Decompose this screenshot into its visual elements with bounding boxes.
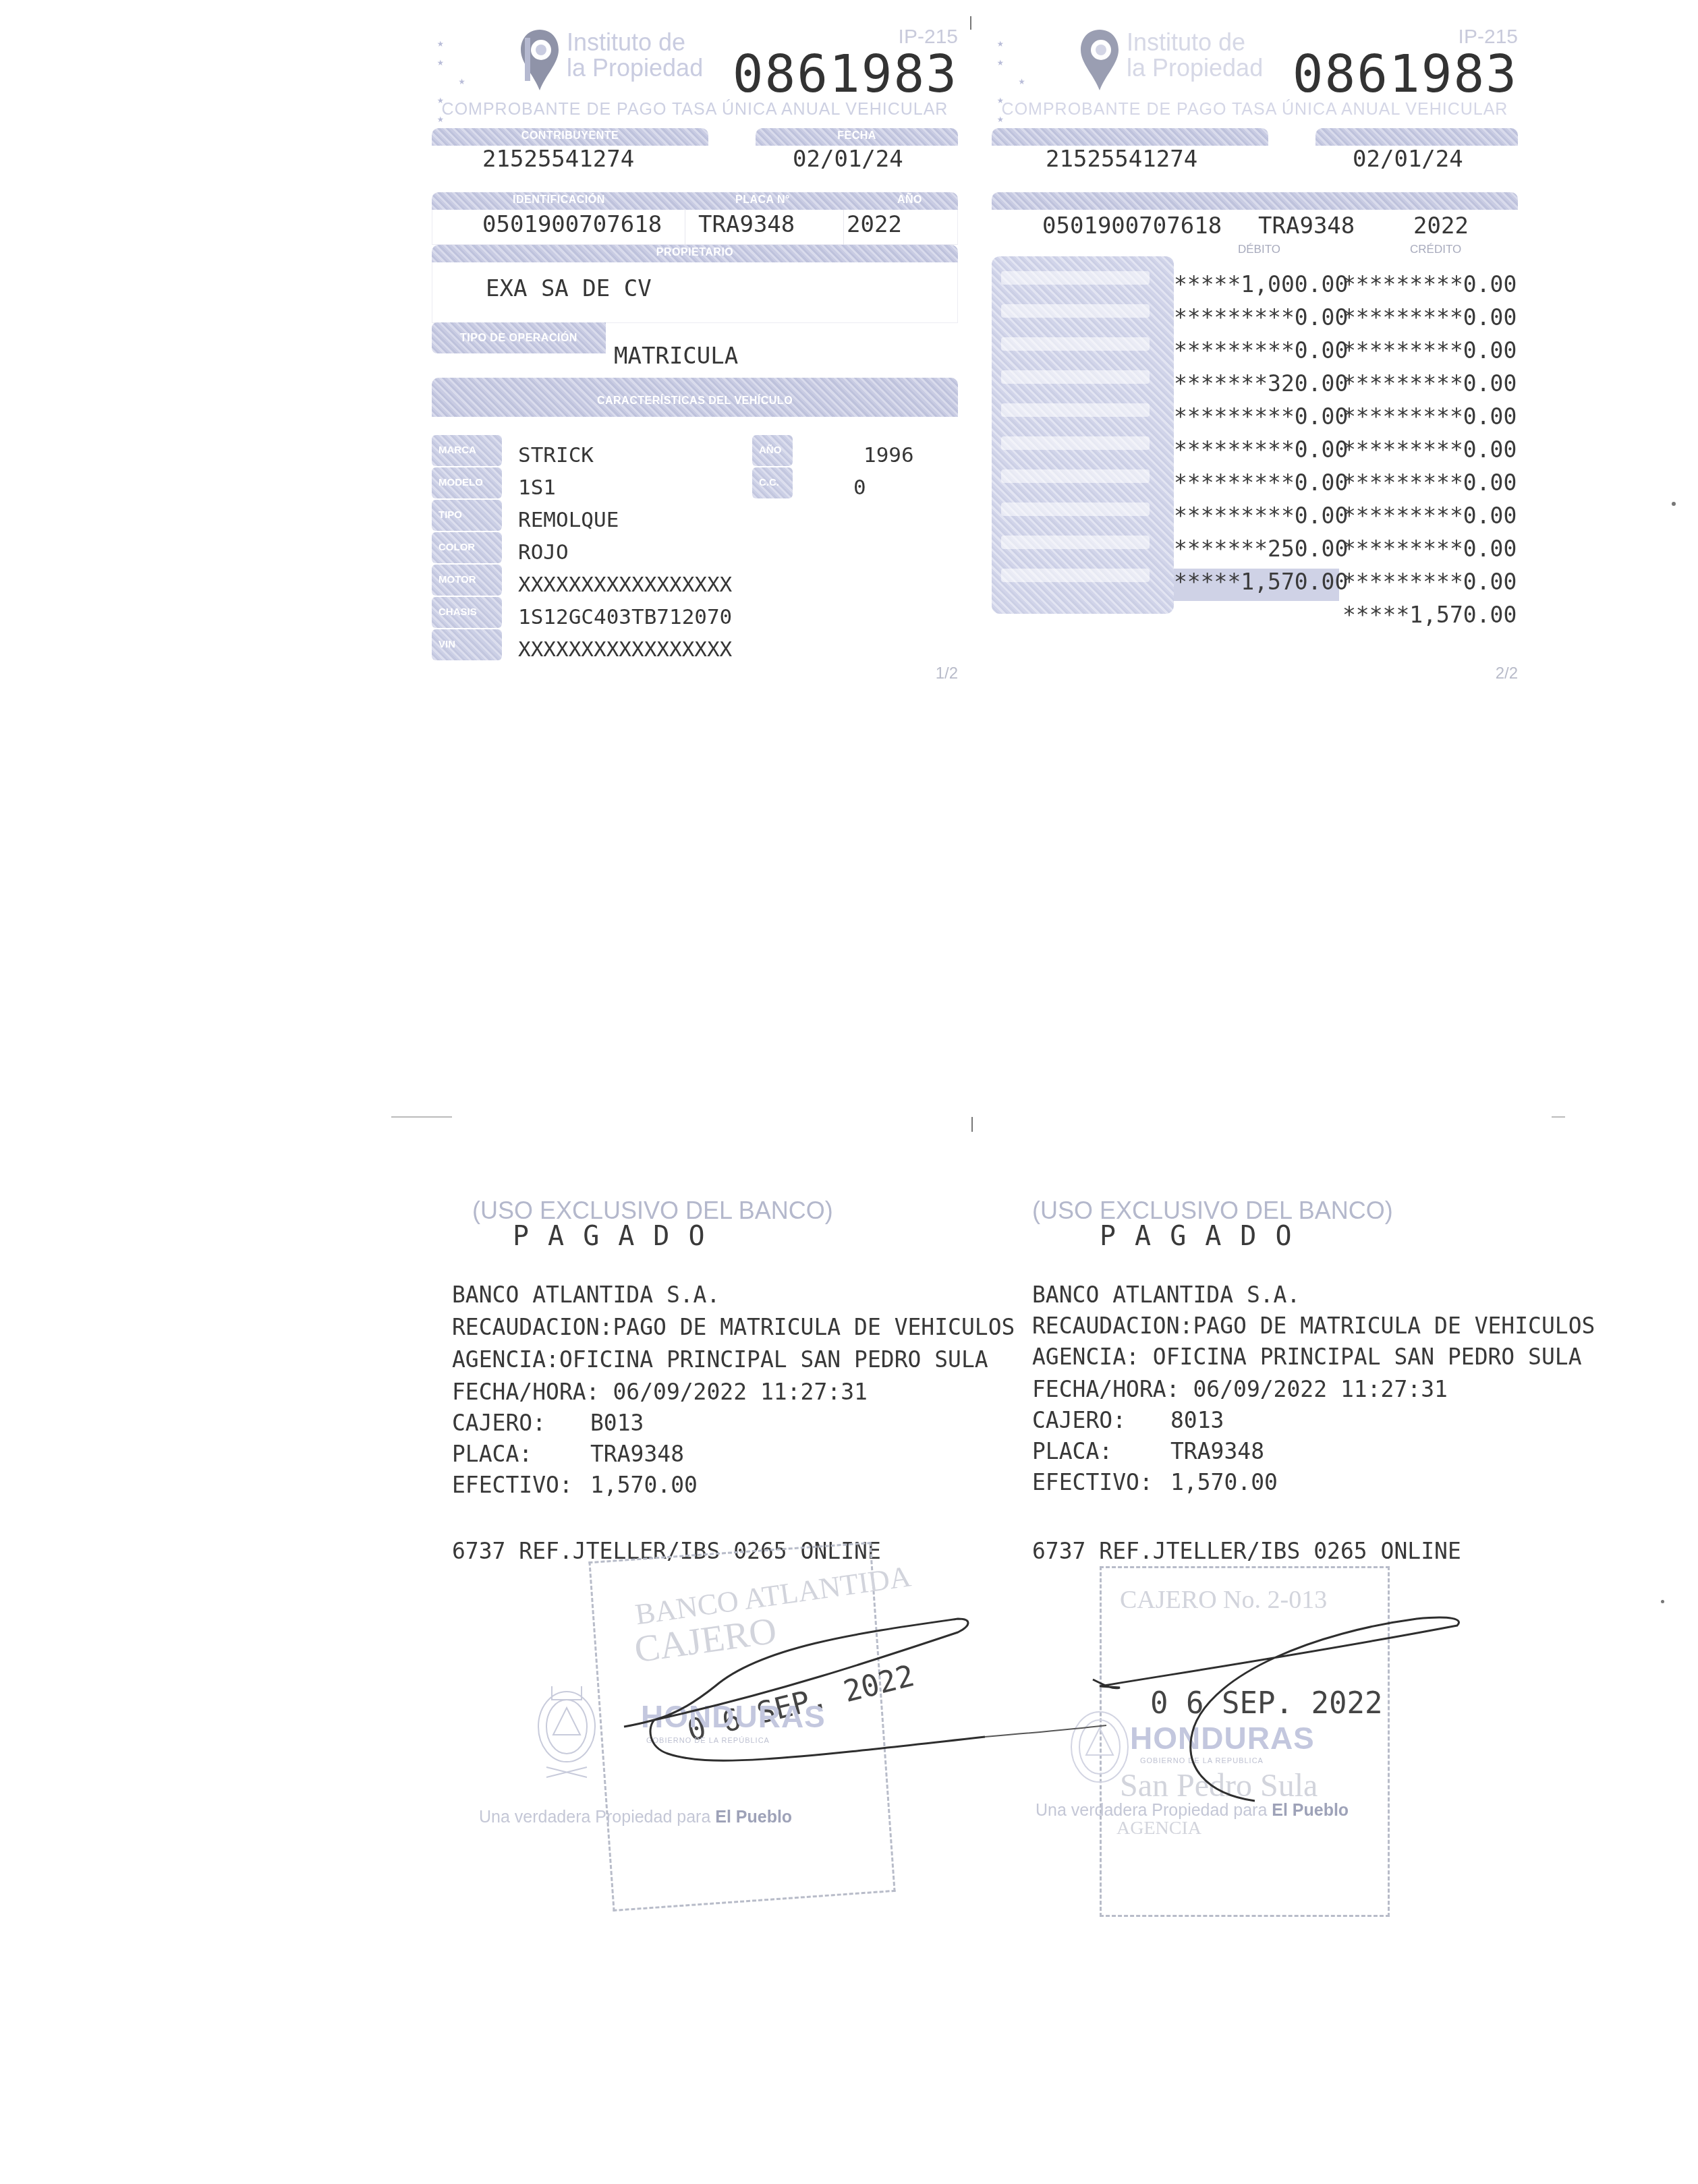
- bank-name: BANCO ATLANTIDA S.A.: [1032, 1282, 1300, 1308]
- document-title: COMPROBANTE DE PAGO TASA ÚNICA ANUAL VEH…: [432, 100, 958, 119]
- fecha-value: 02/01/24: [1353, 146, 1463, 173]
- ledger-row: *********0.00*********0.00: [1174, 304, 1518, 337]
- debit-amount: *********0.00: [1174, 469, 1336, 496]
- honduras-coat-of-arms-icon: [526, 1659, 607, 1781]
- reference: 6737 REF.JTELLER/IBS 0265 ONLINE: [1032, 1538, 1461, 1564]
- fecha-hora: FECHA/HORA: 06/09/2022 11:27:31: [452, 1379, 868, 1405]
- debit-amount: *********0.00: [1174, 304, 1336, 331]
- credit-amount: *********0.00: [1342, 502, 1511, 529]
- vehicle-field-label: CHASIS: [432, 597, 502, 628]
- vehicle-chasis-value: 1S12GC403TB712070: [518, 605, 732, 629]
- fecha-band: [1315, 128, 1518, 146]
- credit-column-header: CRÉDITO: [1410, 243, 1461, 256]
- ledger-row: *********0.00*********0.00: [1174, 469, 1518, 502]
- tipo-operacion-value: MATRICULA: [614, 343, 738, 370]
- placa-row: PLACA:TRA9348: [452, 1441, 684, 1467]
- stamp-city: San Pedro Sula: [1120, 1767, 1318, 1804]
- credit-amount: *********0.00: [1342, 469, 1511, 496]
- total-amount: *****1,570.00: [1342, 602, 1511, 628]
- credit-amount: *********0.00: [1342, 337, 1511, 364]
- vehicle-vin-value: XXXXXXXXXXXXXXXXX: [518, 637, 732, 662]
- vehicle-band: CARACTERÍSTICAS DEL VEHÍCULO: [432, 378, 958, 417]
- anio-value: 2022: [847, 211, 902, 238]
- efectivo-row: EFECTIVO:1,570.00: [452, 1472, 698, 1498]
- placa-value: TRA9348: [1170, 1438, 1264, 1464]
- contribuyente-value: 21525541274: [1046, 146, 1197, 173]
- institution-name: Instituto de la Propiedad: [1127, 30, 1263, 81]
- serial-number: 0861983: [1293, 47, 1518, 101]
- fold-mark: [970, 16, 971, 30]
- debit-amount: *********0.00: [1174, 403, 1336, 430]
- cajero-row: CAJERO:B013: [452, 1410, 644, 1436]
- owner-band: PROPIETARIO: [432, 245, 958, 262]
- ledger-concept-label: [1001, 502, 1150, 516]
- fecha-value: 02/01/24: [793, 146, 903, 173]
- ledger-row: *******250.00*********0.00: [1174, 536, 1518, 568]
- fecha-hora: FECHA/HORA: 06/09/2022 11:27:31: [1032, 1376, 1448, 1402]
- slogan-watermark: Una verdadera Propiedad para El Pueblo: [479, 1808, 792, 1827]
- recaudacion: RECAUDACION:PAGO DE MATRICULA DE VEHICUL…: [452, 1314, 1015, 1340]
- stamp-date: 0 6 SEP. 2022: [1150, 1686, 1382, 1721]
- serial-number: 0861983: [733, 47, 958, 101]
- ledger-row: *********0.00*********0.00: [1174, 436, 1518, 469]
- ledger-concept-label: [1001, 304, 1150, 318]
- identificacion-value: 0501900707618: [1042, 212, 1222, 239]
- identification-band: IDENTIFICACIÓN PLACA N° AÑO: [432, 192, 958, 210]
- credit-amount: *********0.00: [1342, 304, 1511, 331]
- vehicle-field-label: TIPO: [432, 500, 502, 531]
- stamp-text: AGENCIA: [1116, 1818, 1201, 1839]
- honduras-coat-of-arms-icon: [1059, 1679, 1140, 1801]
- vehicle-field-label: MARCA: [432, 435, 502, 466]
- vehicle-modelo-value: 1S1: [518, 476, 556, 500]
- debit-amount: *******320.00: [1174, 370, 1336, 397]
- credit-amount: *********0.00: [1342, 569, 1511, 595]
- vehicle-field-label: AÑO: [752, 435, 793, 466]
- slogan-watermark: Una verdadera Propiedad para El Pueblo: [1036, 1801, 1349, 1820]
- institute-logo-icon: [519, 28, 560, 92]
- vehicle-tipo-value: REMOLQUE: [518, 508, 619, 532]
- agencia: AGENCIA: OFICINA PRINCIPAL SAN PEDRO SUL…: [1032, 1344, 1582, 1370]
- propietario-value: EXA SA DE CV: [486, 275, 652, 302]
- ledger-concept-label: [1001, 536, 1150, 549]
- gov-watermark: GOBIERNO DE LA REPÚBLICA: [646, 1737, 770, 1745]
- stamp-text: CAJERO No. 2-013: [1120, 1585, 1327, 1615]
- credit-amount: *********0.00: [1342, 536, 1511, 562]
- cajero-row: CAJERO:8013: [1032, 1407, 1224, 1433]
- honduras-watermark: HONDURAS: [641, 1698, 826, 1735]
- ledger-concept-label: [1001, 436, 1150, 450]
- tax-receipt-page-2: ★ ★ ★★ ★ Instituto de la Propiedad IP-21…: [992, 20, 1518, 681]
- ledger-row: *********0.00*********0.00: [1174, 403, 1518, 436]
- debit-amount: *****1,000.00: [1174, 271, 1336, 297]
- anio-value: 2022: [1413, 212, 1469, 239]
- bank-payment-stamp-2: (USO EXCLUSIVO DEL BANCO) PAGADO BANCO A…: [998, 1187, 1565, 1929]
- placa-row: PLACA:TRA9348: [1032, 1438, 1264, 1464]
- recaudacion: RECAUDACION:PAGO DE MATRICULA DE VEHICUL…: [1032, 1313, 1595, 1339]
- vehicle-field-label: MODELO: [432, 467, 502, 498]
- vehicle-motor-value: XXXXXXXXXXXXXXXXX: [518, 573, 732, 597]
- honduras-watermark: HONDURAS: [1130, 1720, 1315, 1756]
- vehicle-field-label: VIN: [432, 629, 502, 660]
- paid-status: PAGADO: [513, 1221, 724, 1252]
- ledger-concept-label: [1001, 569, 1150, 582]
- identificacion-value: 0501900707618: [482, 211, 662, 238]
- credit-amount: *********0.00: [1342, 403, 1511, 430]
- operation-type-band: TIPO DE OPERACIÓN: [432, 322, 606, 353]
- gov-watermark: GOBIERNO DE LA REPUBLICA: [1140, 1757, 1264, 1765]
- ledger-concept-label: [1001, 337, 1150, 351]
- fold-mark: [1552, 1116, 1565, 1118]
- stars-icon: ★ ★ ★★ ★: [997, 34, 1058, 88]
- debit-amount: *****1,570.00: [1174, 569, 1336, 595]
- divider: [685, 210, 685, 245]
- vehicle-right-value: 1996: [864, 443, 914, 467]
- fecha-band: FECHA: [756, 128, 958, 146]
- ledger-concept-label: [1001, 370, 1150, 384]
- vehicle-field-label: MOTOR: [432, 565, 502, 596]
- identification-band: [992, 192, 1518, 210]
- contribuyente-band: [992, 128, 1268, 146]
- placa-value: TRA9348: [590, 1441, 684, 1467]
- institute-logo-icon: [1079, 28, 1120, 92]
- vehicle-right-value: 0: [853, 476, 866, 500]
- ledger-concept-label: [1001, 271, 1150, 285]
- ledger-total: *****1,570.00: [1174, 602, 1518, 634]
- vehicle-field-label: COLOR: [432, 532, 502, 563]
- ledger-row: *********0.00*********0.00: [1174, 337, 1518, 370]
- tax-receipt-page-1: ★ ★ ★★ ★ Instituto de la Propiedad IP-21…: [432, 20, 958, 681]
- debit-column-header: DÉBITO: [1238, 243, 1280, 256]
- ledger-concept-labels: [992, 256, 1174, 614]
- efectivo-value: 1,570.00: [590, 1472, 698, 1498]
- stars-icon: ★ ★ ★★ ★: [437, 34, 498, 88]
- vehicle-field-label: C.C.: [752, 467, 793, 498]
- vehicle-color-value: ROJO: [518, 540, 569, 565]
- debit-amount: *******250.00: [1174, 536, 1336, 562]
- ledger-concept-label: [1001, 403, 1150, 417]
- institution-name: Instituto de la Propiedad: [567, 30, 703, 81]
- fold-mark: [971, 1117, 973, 1132]
- credit-amount: *********0.00: [1342, 271, 1511, 297]
- contribuyente-band: CONTRIBUYENTE: [432, 128, 708, 146]
- ledger-row: *********0.00*********0.00: [1174, 502, 1518, 535]
- scan-dot: [1672, 502, 1676, 506]
- cajero-value: B013: [590, 1410, 644, 1436]
- credit-amount: *********0.00: [1342, 370, 1511, 397]
- page-number: 1/2: [936, 664, 958, 683]
- scan-dot: [1661, 1600, 1664, 1603]
- receipt-header: ★ ★ ★★ ★ Instituto de la Propiedad IP-21…: [432, 20, 958, 101]
- bank-name: BANCO ATLANTIDA S.A.: [452, 1282, 720, 1308]
- page-number: 2/2: [1496, 664, 1518, 683]
- placa-value: TRA9348: [1258, 212, 1355, 239]
- paid-status: PAGADO: [1100, 1221, 1311, 1252]
- debit-amount: *********0.00: [1174, 337, 1336, 364]
- ledger-concept-label: [1001, 469, 1150, 483]
- debit-amount: *********0.00: [1174, 436, 1336, 463]
- receipt-header: ★ ★ ★★ ★ Instituto de la Propiedad IP-21…: [992, 20, 1518, 101]
- credit-amount: *********0.00: [1342, 436, 1511, 463]
- ledger-row: *******320.00*********0.00: [1174, 370, 1518, 403]
- contribuyente-value: 21525541274: [482, 146, 634, 173]
- divider: [843, 210, 844, 245]
- efectivo-value: 1,570.00: [1170, 1469, 1278, 1495]
- ledger-row: *****1,570.00*********0.00: [1174, 569, 1518, 601]
- document-title: COMPROBANTE DE PAGO TASA ÚNICA ANUAL VEH…: [992, 100, 1518, 119]
- bank-payment-stamp-1: (USO EXCLUSIVO DEL BANCO) PAGADO BANCO A…: [418, 1187, 985, 1929]
- efectivo-row: EFECTIVO:1,570.00: [1032, 1469, 1278, 1495]
- fold-mark: [391, 1116, 452, 1118]
- vehicle-marca-value: STRICK: [518, 443, 594, 467]
- agencia: AGENCIA:OFICINA PRINCIPAL SAN PEDRO SULA: [452, 1346, 988, 1373]
- placa-value: TRA9348: [698, 211, 795, 238]
- debit-amount: *********0.00: [1174, 502, 1336, 529]
- cajero-value: 8013: [1170, 1407, 1224, 1433]
- ledger-row: *****1,000.00*********0.00: [1174, 271, 1518, 304]
